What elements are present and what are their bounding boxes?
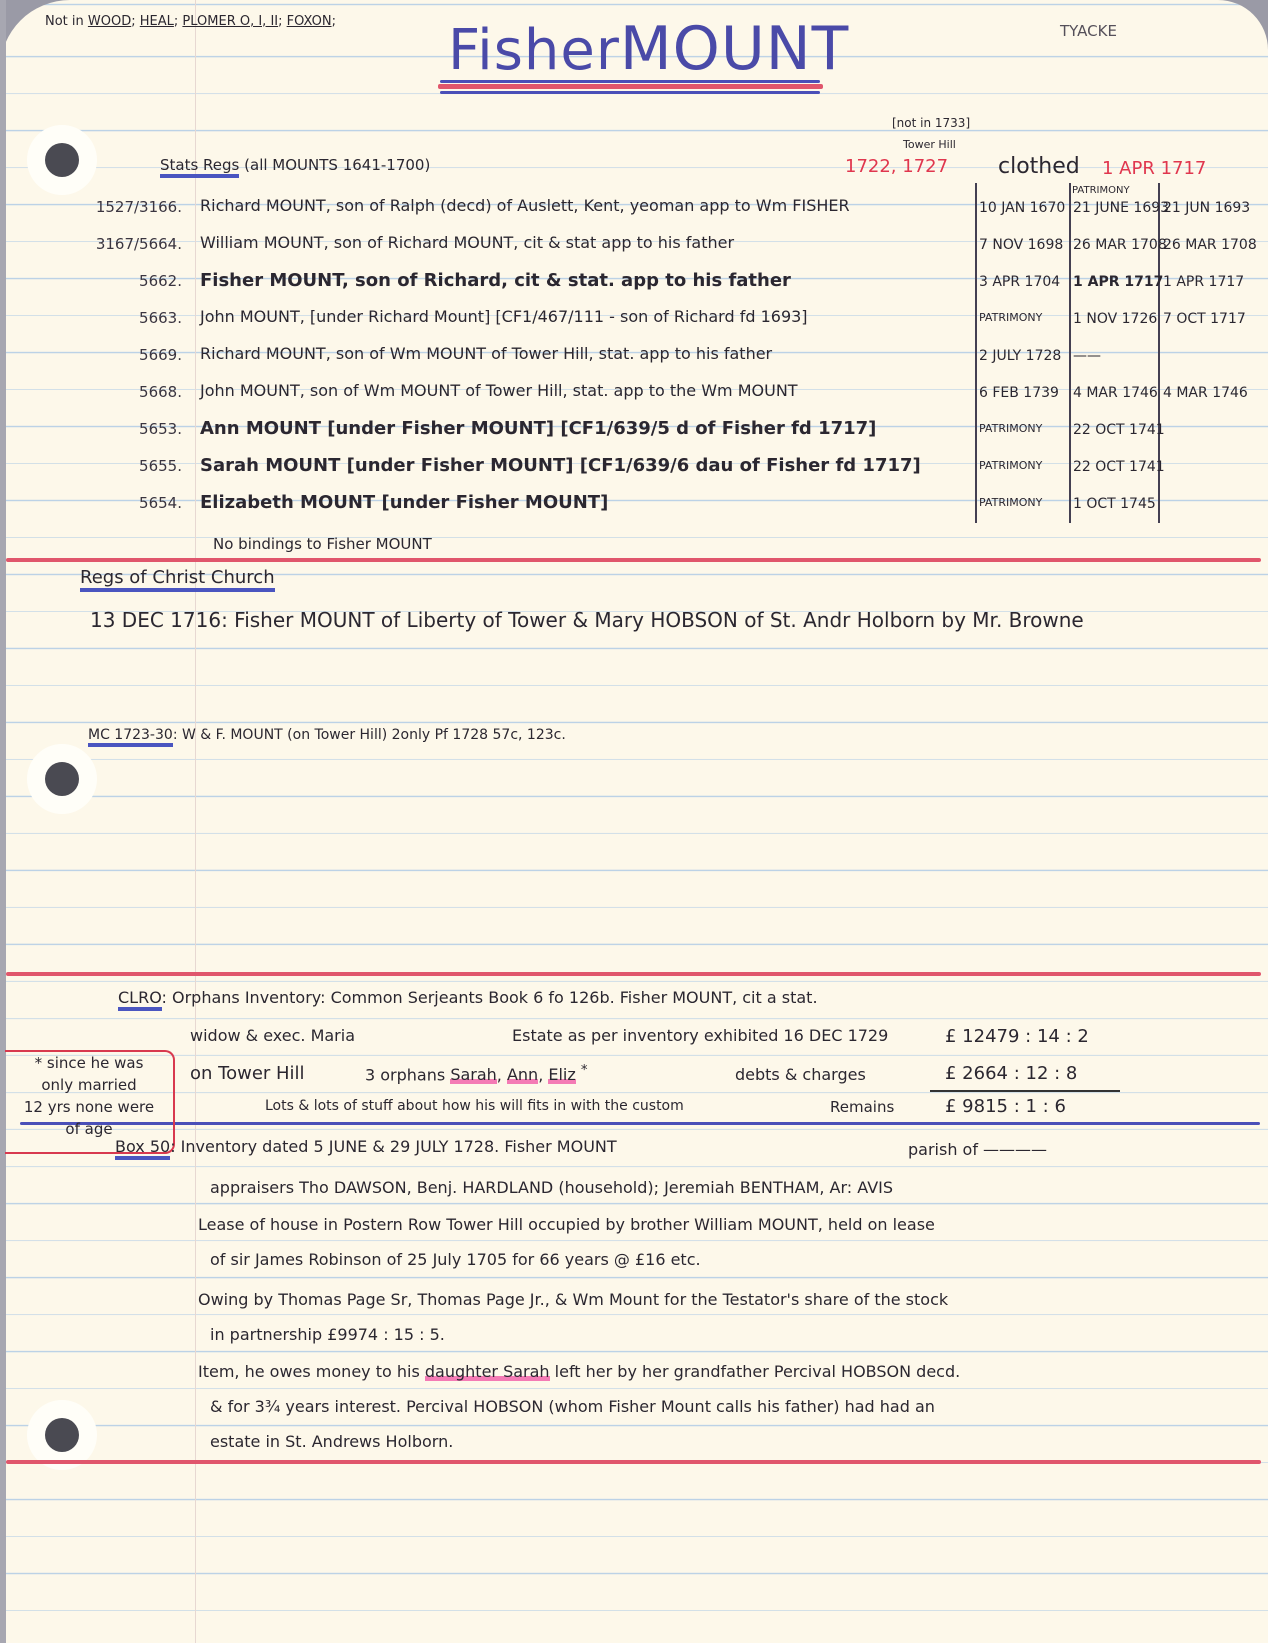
- title-surname: MOUNT: [620, 14, 849, 84]
- box50-lease-2: of sir James Robinson of 25 July 1705 fo…: [210, 1250, 701, 1269]
- patrimony-header: PATRIMONY: [1072, 185, 1130, 196]
- clro-custom-note: Lots & lots of stuff about how his will …: [265, 1098, 684, 1114]
- source-foxon: FOXON: [287, 14, 332, 29]
- tower-hill-note: Tower Hill: [903, 138, 956, 151]
- binder-hole-icon: [45, 1418, 79, 1452]
- box50-owing: Owing by Thomas Page Sr, Thomas Page Jr.…: [198, 1290, 948, 1309]
- orphan-eliz: Eliz: [548, 1065, 575, 1084]
- entry-bound-date: 7 NOV 1698: [979, 237, 1063, 253]
- not-in-1733-note: [not in 1733]: [892, 116, 970, 130]
- entry-red-date: 7 OCT 1717: [1163, 311, 1246, 327]
- entry-ref: 5653.: [62, 420, 182, 438]
- entry-text: John MOUNT, [under Richard Mount] [CF1/4…: [200, 307, 808, 326]
- title-first-name: Fisher: [448, 18, 620, 83]
- notebook-page: Not in WOOD; HEAL; PLOMER O, I, II; FOXO…: [0, 0, 1268, 1643]
- entry-bound-date: 3 APR 1704: [979, 274, 1060, 290]
- clro-estate-label: Estate as per inventory exhibited 16 DEC…: [512, 1026, 888, 1045]
- entry-freed-date: 22 OCT 1741: [1073, 422, 1165, 438]
- side-note-line: only married: [5, 1074, 173, 1096]
- entry-text: William MOUNT, son of Richard MOUNT, cit…: [200, 233, 734, 252]
- box50-parish: parish of ————: [908, 1140, 1047, 1159]
- box50-partnership: in partnership £9974 : 15 : 5.: [210, 1325, 445, 1344]
- clro-debts-amount: £ 2664 : 12 : 8: [945, 1063, 1077, 1084]
- clro-tower-hill: on Tower Hill: [190, 1063, 305, 1084]
- title-underline-blue: [440, 80, 820, 83]
- red-years: 1722, 1727: [845, 156, 948, 177]
- entry-bound-date: 10 JAN 1670: [979, 200, 1065, 216]
- entry-bound-date: PATRIMONY: [979, 311, 1042, 324]
- title-underline-blue-2: [440, 91, 820, 94]
- mc-entry: MC 1723-30: W & F. MOUNT (on Tower Hill)…: [88, 727, 566, 743]
- box50-inventory: : Inventory dated 5 JUNE & 29 JULY 1728.…: [170, 1137, 616, 1156]
- entry-text: Ann MOUNT [under Fisher MOUNT] [CF1/639/…: [200, 418, 876, 439]
- box50-appraisers: appraisers Tho DAWSON, Benj. HARDLAND (h…: [210, 1178, 893, 1197]
- clro-line-1: CLRO: Orphans Inventory: Common Serjeant…: [118, 988, 818, 1007]
- orphan-sarah: Sarah: [450, 1065, 496, 1084]
- source-plomer: PLOMER O, I, II: [182, 14, 278, 29]
- entry-ref: 5669.: [62, 346, 182, 364]
- section-divider-red: [6, 972, 1261, 976]
- sum-rule: [930, 1090, 1120, 1092]
- entry-red-date: 21 JUN 1693: [1163, 200, 1250, 216]
- orphan-ann: Ann: [507, 1065, 538, 1084]
- entry-freed-date: 26 MAR 1708: [1073, 237, 1167, 253]
- entry-ref: 3167/5664.: [62, 235, 182, 253]
- box50-lease: Lease of house in Postern Row Tower Hill…: [198, 1215, 935, 1234]
- clro-remains-label: Remains: [830, 1098, 894, 1116]
- entry-text: Richard MOUNT, son of Ralph (decd) of Au…: [200, 196, 850, 215]
- stats-regs-heading: Stats Regs (all MOUNTS 1641-1700): [160, 156, 430, 174]
- entry-ref: 5668.: [62, 383, 182, 401]
- entry-text: Sarah MOUNT [under Fisher MOUNT] [CF1/63…: [200, 455, 921, 476]
- orphans-label: 3 orphans: [365, 1065, 445, 1084]
- section-divider-blue: [20, 1122, 1260, 1125]
- entry-ref: 1527/3166.: [62, 198, 182, 216]
- entry-freed-date: ——: [1073, 348, 1101, 364]
- entry-freed-date: 1 OCT 1745: [1073, 496, 1156, 512]
- binder-hole-icon: [45, 143, 79, 177]
- christ-church-title: Regs of Christ Church: [80, 567, 275, 592]
- not-in-label: Not in: [45, 14, 84, 29]
- entry-freed-date: 22 OCT 1741: [1073, 459, 1165, 475]
- entry-bound-date: PATRIMONY: [979, 496, 1042, 509]
- clro-estate-amount: £ 12479 : 14 : 2: [945, 1026, 1089, 1047]
- entry-bound-date: PATRIMONY: [979, 459, 1042, 472]
- daughter-sarah-highlight: daughter Sarah: [425, 1362, 550, 1381]
- entry-freed-date: 1 APR 1717: [1073, 274, 1163, 290]
- source-wood: WOOD: [88, 14, 131, 29]
- entry-ref: 5654.: [62, 494, 182, 512]
- clro-text: : Orphans Inventory: Common Serjeants Bo…: [162, 988, 818, 1007]
- title-underline-red: [438, 84, 823, 89]
- entry-red-date: 26 MAR 1708: [1163, 237, 1257, 253]
- entry-bound-date: 6 FEB 1739: [979, 385, 1059, 401]
- clro-remains-amount: £ 9815 : 1 : 6: [945, 1096, 1066, 1117]
- asterisk-icon: *: [581, 1063, 588, 1078]
- box50-heading: Box 50: [115, 1137, 170, 1160]
- box50-interest: & for 3¾ years interest. Percival HOBSON…: [210, 1397, 935, 1416]
- not-in-sources: Not in WOOD; HEAL; PLOMER O, I, II; FOXO…: [45, 14, 336, 29]
- entry-ref: 5662.: [62, 272, 182, 290]
- entry-bound-date: PATRIMONY: [979, 422, 1042, 435]
- entry-bound-date: 2 JULY 1728: [979, 348, 1061, 364]
- clothed-date: 1 APR 1717: [1102, 158, 1206, 179]
- clro-heading: CLRO: [118, 988, 162, 1011]
- section-divider-red: [6, 1460, 1261, 1464]
- stats-regs-note: (all MOUNTS 1641-1700): [244, 156, 430, 174]
- entry-text: Richard MOUNT, son of Wm MOUNT of Tower …: [200, 344, 772, 363]
- column-divider: [975, 183, 977, 523]
- entry-red-date: 4 MAR 1746: [1163, 385, 1248, 401]
- side-note-line: * since he was: [5, 1052, 173, 1074]
- mc-text: : W & F. MOUNT (on Tower Hill) 2only Pf …: [173, 727, 566, 743]
- corner-label: TYACKE: [1060, 22, 1117, 40]
- item-prefix: Item, he owes money to his: [198, 1362, 420, 1381]
- entry-text: Elizabeth MOUNT [under Fisher MOUNT]: [200, 492, 608, 513]
- entry-ref: 5655.: [62, 457, 182, 475]
- column-divider: [1069, 183, 1071, 523]
- entry-ref: 5663.: [62, 309, 182, 327]
- entry-text: John MOUNT, son of Wm MOUNT of Tower Hil…: [200, 381, 798, 400]
- clro-debts-label: debts & charges: [735, 1065, 866, 1084]
- box50-item: Item, he owes money to his daughter Sara…: [198, 1362, 960, 1381]
- clro-orphans: 3 orphans Sarah, Ann, Eliz *: [365, 1063, 588, 1084]
- entry-freed-date: 4 MAR 1746: [1073, 385, 1158, 401]
- box50-line-1: Box 50: Inventory dated 5 JUNE & 29 JULY…: [115, 1137, 617, 1156]
- side-note-line: 12 yrs none were: [5, 1096, 173, 1118]
- christ-church-entry: 13 DEC 1716: Fisher MOUNT of Liberty of …: [90, 608, 1084, 632]
- box50-estate: estate in St. Andrews Holborn.: [210, 1432, 453, 1451]
- stats-regs-title: Stats Regs: [160, 156, 239, 178]
- entry-text: Fisher MOUNT, son of Richard, cit & stat…: [200, 270, 791, 291]
- entry-freed-date: 21 JUNE 1693: [1073, 200, 1169, 216]
- margin-line: [195, 0, 196, 1643]
- binder-hole-icon: [45, 762, 79, 796]
- clro-widow: widow & exec. Maria: [190, 1026, 355, 1045]
- clothed-label: clothed: [998, 154, 1080, 179]
- no-bindings-note: No bindings to Fisher MOUNT: [213, 535, 432, 553]
- entry-freed-date: 1 NOV 1726: [1073, 311, 1157, 327]
- entry-red-date: 1 APR 1717: [1163, 274, 1244, 290]
- christ-church-heading: Regs of Christ Church: [80, 567, 275, 588]
- section-divider-red: [6, 558, 1261, 562]
- page-edge: [0, 0, 6, 1643]
- page-title: FisherMOUNT: [448, 14, 849, 84]
- source-heal: HEAL: [140, 14, 174, 29]
- mc-heading: MC 1723-30: [88, 727, 173, 747]
- item-suffix: left her by her grandfather Percival HOB…: [555, 1362, 961, 1381]
